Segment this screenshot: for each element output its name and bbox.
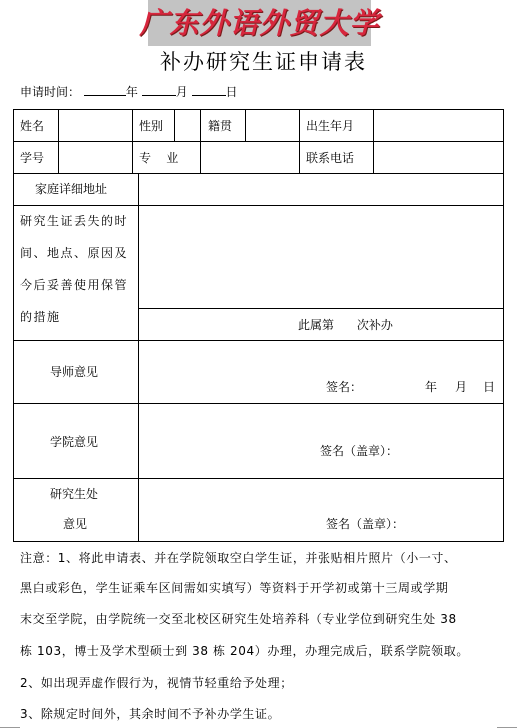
year-label: 年 bbox=[126, 85, 138, 99]
col-divider bbox=[200, 109, 201, 173]
major-label: 专 业 bbox=[139, 150, 178, 166]
note-line-3: 末交至学院，由学院统一交至北校区研究生处培养科（专业学位到研究生处 38 bbox=[20, 611, 457, 627]
mentor-sign-label: 签名： bbox=[326, 379, 362, 395]
loss-label-line-3: 今后妥善使用保管 bbox=[20, 277, 128, 293]
day-label: 日 bbox=[226, 85, 238, 99]
table-border-left bbox=[13, 109, 14, 541]
table-border-right bbox=[503, 109, 504, 541]
mentor-day-label: 日 bbox=[483, 379, 495, 395]
college-opinion-label: 学院意见 bbox=[50, 434, 98, 450]
mentor-opinion-label: 导师意见 bbox=[50, 364, 98, 380]
student-id-label: 学号 bbox=[20, 150, 44, 166]
student-id-field[interactable] bbox=[60, 143, 131, 172]
row-divider bbox=[138, 308, 504, 309]
loss-description-field[interactable] bbox=[140, 207, 502, 306]
address-field[interactable] bbox=[140, 175, 502, 204]
university-name: 广东外语外贸大学 bbox=[140, 0, 380, 46]
mentor-year-label: 年 bbox=[425, 379, 437, 395]
loss-label-line-2: 间、地点、原因及 bbox=[20, 245, 128, 261]
col-divider bbox=[138, 173, 139, 541]
row-divider bbox=[13, 173, 504, 174]
note-line-6: 3、除规定时间外，其余时间不予补办学生证。 bbox=[20, 706, 280, 722]
birth-date-field[interactable] bbox=[375, 111, 502, 140]
table-border-top bbox=[13, 109, 504, 110]
col-divider bbox=[174, 109, 175, 141]
loss-label-line-4: 的措施 bbox=[20, 309, 61, 325]
row-divider bbox=[13, 340, 504, 341]
name-label: 姓名 bbox=[20, 118, 44, 134]
gender-field[interactable] bbox=[176, 111, 199, 140]
college-sign-label: 签名（盖章）： bbox=[320, 443, 398, 459]
day-field[interactable] bbox=[192, 83, 226, 96]
loss-label-line-1: 研究生证丢失的时 bbox=[20, 213, 128, 229]
note-line-1: 注意：1、将此申请表、并在学院领取空白学生证，并张贴相片照片（小一寸、 bbox=[20, 550, 457, 566]
university-logo-banner: 广东外语外贸大学 bbox=[148, 0, 371, 46]
application-date-line: 申请时间： 年 月 日 bbox=[20, 83, 238, 101]
mentor-opinion-field[interactable] bbox=[140, 342, 502, 402]
row-divider bbox=[13, 478, 504, 479]
grad-office-label-line-2: 意见 bbox=[63, 516, 87, 532]
col-divider bbox=[299, 109, 300, 173]
college-opinion-field[interactable] bbox=[140, 405, 502, 477]
major-field[interactable] bbox=[202, 143, 298, 172]
row-divider bbox=[13, 141, 504, 142]
address-label: 家庭详细地址 bbox=[35, 181, 107, 197]
birth-date-label: 出生年月 bbox=[306, 118, 354, 134]
grad-office-opinion-field[interactable] bbox=[140, 480, 502, 540]
month-label: 月 bbox=[176, 85, 188, 99]
native-place-label: 籍贯 bbox=[208, 118, 232, 134]
note-line-4: 栋 103，博士及学术型硕士到 38 栋 204）办理，办理完成后，联系学院领取… bbox=[20, 643, 469, 659]
note-line-2: 黑白或彩色，学生证乘车区间需如实填写）等资料于开学初或第十三周或学期 bbox=[20, 580, 448, 596]
col-divider bbox=[373, 109, 374, 173]
note-line-5: 2、如出现弄虚作假行为，视情节轻重给予处理； bbox=[20, 675, 293, 691]
col-divider bbox=[58, 109, 59, 173]
col-divider bbox=[132, 109, 133, 173]
month-field[interactable] bbox=[142, 83, 176, 96]
mentor-month-label: 月 bbox=[455, 379, 467, 395]
row-divider bbox=[13, 205, 504, 206]
row-divider bbox=[13, 403, 504, 404]
page-title: 补办研究生证申请表 bbox=[0, 48, 527, 76]
grad-office-label-line-1: 研究生处 bbox=[50, 486, 98, 502]
date-label: 申请时间： bbox=[20, 85, 80, 99]
gender-label: 性别 bbox=[139, 118, 163, 134]
name-field[interactable] bbox=[60, 111, 131, 140]
native-place-field[interactable] bbox=[247, 111, 298, 140]
col-divider bbox=[245, 109, 246, 141]
table-border-bottom bbox=[13, 541, 504, 542]
phone-label: 联系电话 bbox=[306, 150, 354, 166]
year-field[interactable] bbox=[84, 83, 126, 96]
grad-office-sign-label: 签名（盖章）： bbox=[326, 516, 404, 532]
replacement-count-text: 此属第 次补办 bbox=[298, 317, 393, 333]
phone-field[interactable] bbox=[375, 143, 502, 172]
